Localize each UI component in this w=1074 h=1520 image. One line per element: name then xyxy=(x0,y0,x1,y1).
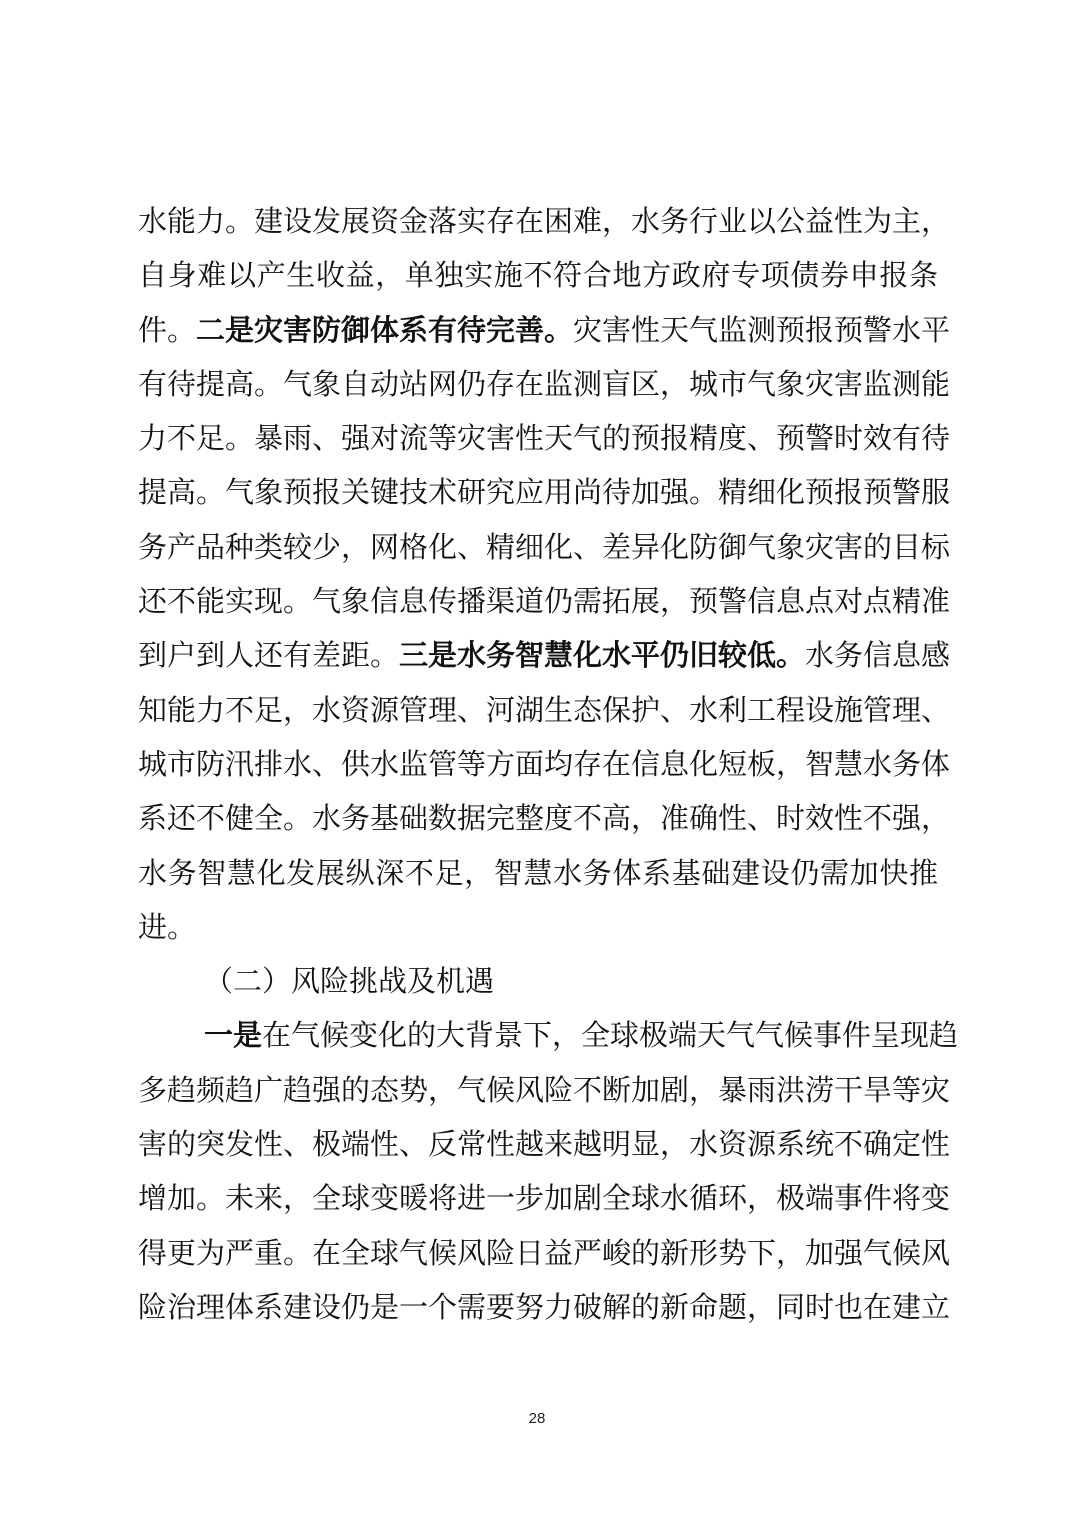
document-page: 水能力。建设发展资金落实存在困难，水务行业以公益性为主， 自身难以产生收益，单独… xyxy=(0,0,1074,1520)
text-line: 还不能实现。气象信息传播渠道仍需拓展，预警信息点对点精准 xyxy=(138,574,938,628)
text-segment: 险治理体系建设仍是一个需要努力破解的新命题，同时也在建立 xyxy=(138,1290,950,1324)
text-segment: 到户到人还有差距。 xyxy=(138,638,399,672)
section-heading: （二）风险挑战及机遇 xyxy=(138,954,938,1008)
text-line: 水务智慧化发展纵深不足，智慧水务体系基础建设仍需加快推 xyxy=(138,846,938,900)
text-line: 件。二是灾害防御体系有待完善。灾害性天气监测预报预警水平 xyxy=(138,303,938,357)
text-segment: 在气候变化的大背景下，全球极端天气气候事件呈现趋 xyxy=(262,1018,958,1052)
bold-point-heading-3: 三是水务智慧化水平仍旧较低。 xyxy=(399,638,805,672)
text-line: 系还不健全。水务基础数据完整度不高，准确性、时效性不强， xyxy=(138,791,938,845)
bold-point-heading-2: 二是灾害防御体系有待完善。 xyxy=(196,313,573,347)
text-line: 水能力。建设发展资金落实存在困难，水务行业以公益性为主， xyxy=(138,194,938,248)
text-segment: 灾害性天气监测预报预警水平 xyxy=(573,313,950,347)
text-line: 增加。未来，全球变暖将进一步加剧全球水循环，极端事件将变 xyxy=(138,1171,938,1225)
text-segment: 进。 xyxy=(138,910,196,944)
body-text: 水能力。建设发展资金落实存在困难，水务行业以公益性为主， 自身难以产生收益，单独… xyxy=(138,194,938,1334)
text-line: 得更为严重。在全球气候风险日益严峻的新形势下，加强气候风 xyxy=(138,1226,938,1280)
text-segment: 知能力不足，水资源管理、河湖生态保护、水利工程设施管理、 xyxy=(138,693,950,727)
text-segment: 增加。未来，全球变暖将进一步加剧全球水循环，极端事件将变 xyxy=(138,1181,950,1215)
text-line: 务产品种类较少，网格化、精细化、差异化防御气象灾害的目标 xyxy=(138,520,938,574)
text-segment: 还不能实现。气象信息传播渠道仍需拓展，预警信息点对点精准 xyxy=(138,584,950,618)
text-line: 自身难以产生收益，单独实施不符合地方政府专项债券申报条 xyxy=(138,248,938,302)
text-segment: 系还不健全。水务基础数据完整度不高，准确性、时效性不强， xyxy=(138,801,950,835)
text-segment: 水务智慧化发展纵深不足，智慧水务体系基础建设仍需加快推 xyxy=(138,856,938,890)
section-heading-text: （二）风险挑战及机遇 xyxy=(204,964,494,998)
text-segment: 害的突发性、极端性、反常性越来越明显，水资源系统不确定性 xyxy=(138,1127,950,1161)
text-line: 害的突发性、极端性、反常性越来越明显，水资源系统不确定性 xyxy=(138,1117,938,1171)
bold-point-heading-1: 一是 xyxy=(204,1018,262,1052)
text-segment: 自身难以产生收益，单独实施不符合地方政府专项债券申报条 xyxy=(138,258,938,292)
text-line: 险治理体系建设仍是一个需要努力破解的新命题，同时也在建立 xyxy=(138,1280,938,1334)
text-line: 一是在气候变化的大背景下，全球极端天气气候事件呈现趋 xyxy=(138,1008,938,1062)
text-segment: 水务信息感 xyxy=(805,638,950,672)
text-segment: 务产品种类较少，网格化、精细化、差异化防御气象灾害的目标 xyxy=(138,530,950,564)
text-segment: 件。 xyxy=(138,313,196,347)
text-segment: 有待提高。气象自动站网仍存在监测盲区，城市气象灾害监测能 xyxy=(138,367,950,401)
text-line: 到户到人还有差距。三是水务智慧化水平仍旧较低。水务信息感 xyxy=(138,628,938,682)
text-segment: 力不足。暴雨、强对流等灾害性天气的预报精度、预警时效有待 xyxy=(138,421,950,455)
text-line: 知能力不足，水资源管理、河湖生态保护、水利工程设施管理、 xyxy=(138,683,938,737)
text-segment: 水能力。建设发展资金落实存在困难，水务行业以公益性为主， xyxy=(138,204,950,238)
text-line: 提高。气象预报关键技术研究应用尚待加强。精细化预报预警服 xyxy=(138,465,938,519)
text-segment: 得更为严重。在全球气候风险日益严峻的新形势下，加强气候风 xyxy=(138,1236,950,1270)
text-line: 有待提高。气象自动站网仍存在监测盲区，城市气象灾害监测能 xyxy=(138,357,938,411)
text-segment: 多趋频趋广趋强的态势，气候风险不断加剧，暴雨洪涝干旱等灾 xyxy=(138,1073,950,1107)
text-segment: 城市防汛排水、供水监管等方面均存在信息化短板，智慧水务体 xyxy=(138,747,950,781)
text-line: 城市防汛排水、供水监管等方面均存在信息化短板，智慧水务体 xyxy=(138,737,938,791)
text-segment: 提高。气象预报关键技术研究应用尚待加强。精细化预报预警服 xyxy=(138,475,950,509)
page-number: 28 xyxy=(0,1410,1074,1427)
text-line: 多趋频趋广趋强的态势，气候风险不断加剧，暴雨洪涝干旱等灾 xyxy=(138,1063,938,1117)
text-line: 力不足。暴雨、强对流等灾害性天气的预报精度、预警时效有待 xyxy=(138,411,938,465)
text-line: 进。 xyxy=(138,900,938,954)
